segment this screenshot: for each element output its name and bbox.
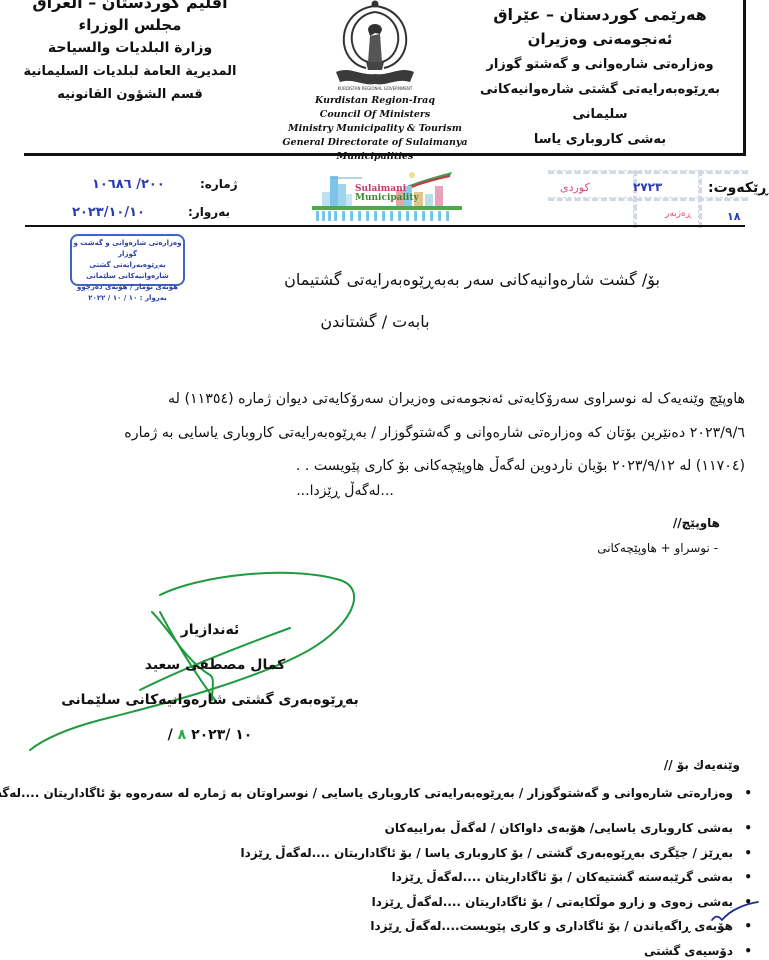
bullet-icon: • xyxy=(744,941,752,960)
bullet-icon: • xyxy=(744,867,752,887)
cc-list: • وەزارەتی شارەوانی و گەشتوگوزار / بەڕێو… xyxy=(30,783,758,960)
header-kurdish-council: ئەنجومەنی وەزیران xyxy=(460,27,740,52)
header-kurdish-region: هەرێمی کوردستان – عێراق xyxy=(460,2,740,27)
municipality-logo-line2: Municipality xyxy=(355,194,419,203)
cc-list-item: • بەڕێز / جێگری بەڕێوەبەری گشتی / بۆ کار… xyxy=(30,843,758,868)
header-kurdish-directorate: بەڕێوەبەرایەتی گشتی شارەوانیەکانی سلیمان… xyxy=(460,77,740,127)
cc-item-text: هۆبەی ڕاگەیاندن / بۆ ئاگاداری و کاری پێو… xyxy=(370,919,733,933)
bullet-icon: • xyxy=(744,818,752,838)
cc-item-text: دۆسیەی گشتی xyxy=(644,944,733,958)
received-stamp-day-label: ڕەزبەر xyxy=(665,209,691,219)
header-kurdish-block: هەرێمی کوردستان – عێراق ئەنجومەنی وەزیرا… xyxy=(460,0,740,152)
cc-title: وێنەیەك بۆ // xyxy=(540,758,740,772)
handwritten-check-mark-icon xyxy=(710,900,760,925)
reference-date-value: ٢٠٢٣/١٠/١٠ xyxy=(72,205,145,220)
cc-item-text: بەشی زەوی و زارو موڵکایەتی / بۆ ئاگاداری… xyxy=(372,895,733,909)
reference-date-label: بەروار: xyxy=(188,205,230,219)
header-arabic-ministry: وزارة البلديات والسياحة xyxy=(20,37,240,60)
signatory-title: ئەندازیار xyxy=(160,622,260,638)
cc-list-item: • دۆسیەی گشتی xyxy=(30,941,758,960)
header-kurdish-department: بەشی کاروباری یاسا xyxy=(460,127,740,152)
received-stamp-label: ڕێکەوت: xyxy=(708,180,768,196)
cc-item-text: وەزارەتی شارەوانی و گەشتوگوزار / بەڕێوەب… xyxy=(0,786,733,800)
letter-subject: بابەت / گشتاندن xyxy=(260,312,490,331)
attachments-title: هاوپێچ// xyxy=(550,516,720,530)
header-arabic-council: مجلس الوزراء xyxy=(20,14,240,37)
signature-date: / ١٠ /٢٠٢٣ ٨ xyxy=(150,727,270,743)
header-arabic-department: قسم الشؤون القانونيه xyxy=(20,83,240,106)
letter-recipient: بۆ/ گشت شارەوانیەکانی سەر بەبەڕێوەبەرایە… xyxy=(160,270,660,289)
cc-list-item: • بەشی کاروباری یاسایی/ هۆبەی داواکان / … xyxy=(30,818,758,843)
cc-list-item: • بەشی گرێبەستە گشتیەکان / بۆ ئاگاداریتا… xyxy=(30,867,758,892)
received-stamp-day-number: ١٨ xyxy=(727,210,740,223)
signatory-name: کمال مصطفى سعيد xyxy=(110,657,320,673)
letter-regards: ...لەگەڵ ڕێزدا... xyxy=(270,483,420,499)
cc-item-text: بەڕێز / جێگری بەڕێوەبەری گشتی / بۆ کاروب… xyxy=(241,846,733,860)
received-stamp xyxy=(548,170,748,228)
incoming-stamp-date: بەروار : ١٠ / ١٠ / ٢٠٢٢ xyxy=(72,293,183,304)
reference-number-label: ژمارە: xyxy=(200,177,238,191)
signature-date-day-handwritten: ٨ xyxy=(178,727,187,743)
kurdistan-eagle-emblem-icon: KURDISTAN REGIONAL GOVERNMENT xyxy=(330,0,420,92)
letter-body-line: ٢٠٢٣/٩/٦ دەنێرین بۆتان کە وەزارەتی شارەو… xyxy=(50,417,745,451)
cc-item-text: بەشی گرێبەستە گشتیەکان / بۆ ئاگاداریتان … xyxy=(392,870,733,884)
header-frame-right-border xyxy=(743,0,746,156)
svg-text:KURDISTAN REGIONAL GOVERNMENT: KURDISTAN REGIONAL GOVERNMENT xyxy=(338,86,413,91)
received-stamp-language: کوردی xyxy=(560,181,590,194)
received-stamp-number: ٢٧٢٣ xyxy=(633,180,662,194)
attachment-item: - نوسراو + هاوپێچەکانی xyxy=(500,541,718,555)
cc-list-item: • بەشی زەوی و زارو موڵکایەتی / بۆ ئاگادا… xyxy=(30,892,758,917)
cc-list-item: • وەزارەتی شارەوانی و گەشتوگوزار / بەڕێو… xyxy=(30,783,758,818)
cc-item-text: بەشی کاروباری یاسایی/ هۆبەی داواکان / لە… xyxy=(385,821,733,835)
reference-number-value: ٢٠٠/ ١٠٦٨٦ xyxy=(92,177,165,192)
letter-body-line: (١١٧٠٤) لە ٢٠٢٣/٩/١٢ بۆیان ناردوین لەگەڵ… xyxy=(50,450,745,484)
letter-body: هاوپێچ وێنەیەک لە نوسراوی سەرۆکایەتی ئەن… xyxy=(50,383,745,484)
bullet-icon: • xyxy=(744,783,752,803)
bullet-icon: • xyxy=(744,843,752,863)
cc-list-item: • هۆبەی ڕاگەیاندن / بۆ ئاگاداری و کاری پ… xyxy=(30,916,758,941)
header-arabic-directorate: المديرية العامة لبلديات السليمانية xyxy=(20,60,240,83)
reference-divider-line xyxy=(25,225,745,227)
header-arabic-region: اقليم كوردستان – العراق xyxy=(20,0,240,14)
signatory-role: بەڕێوەبەری گشتی شارەوانیەکانی سلێمانی xyxy=(50,692,370,708)
municipality-logo-text: Sulaimani Municipality xyxy=(355,185,419,203)
letter-body-line: هاوپێچ وێنەیەک لە نوسراوی سەرۆکایەتی ئەن… xyxy=(50,383,745,417)
header-kurdish-ministry: وەزارەتی شارەوانی و گەشتو گوزار xyxy=(460,52,740,77)
incoming-stamp-ministry: وەزارەتی شارەوانی و گەشت و گوزار xyxy=(72,238,183,260)
header-arabic-block: اقليم كوردستان – العراق مجلس الوزراء وزا… xyxy=(20,0,240,106)
